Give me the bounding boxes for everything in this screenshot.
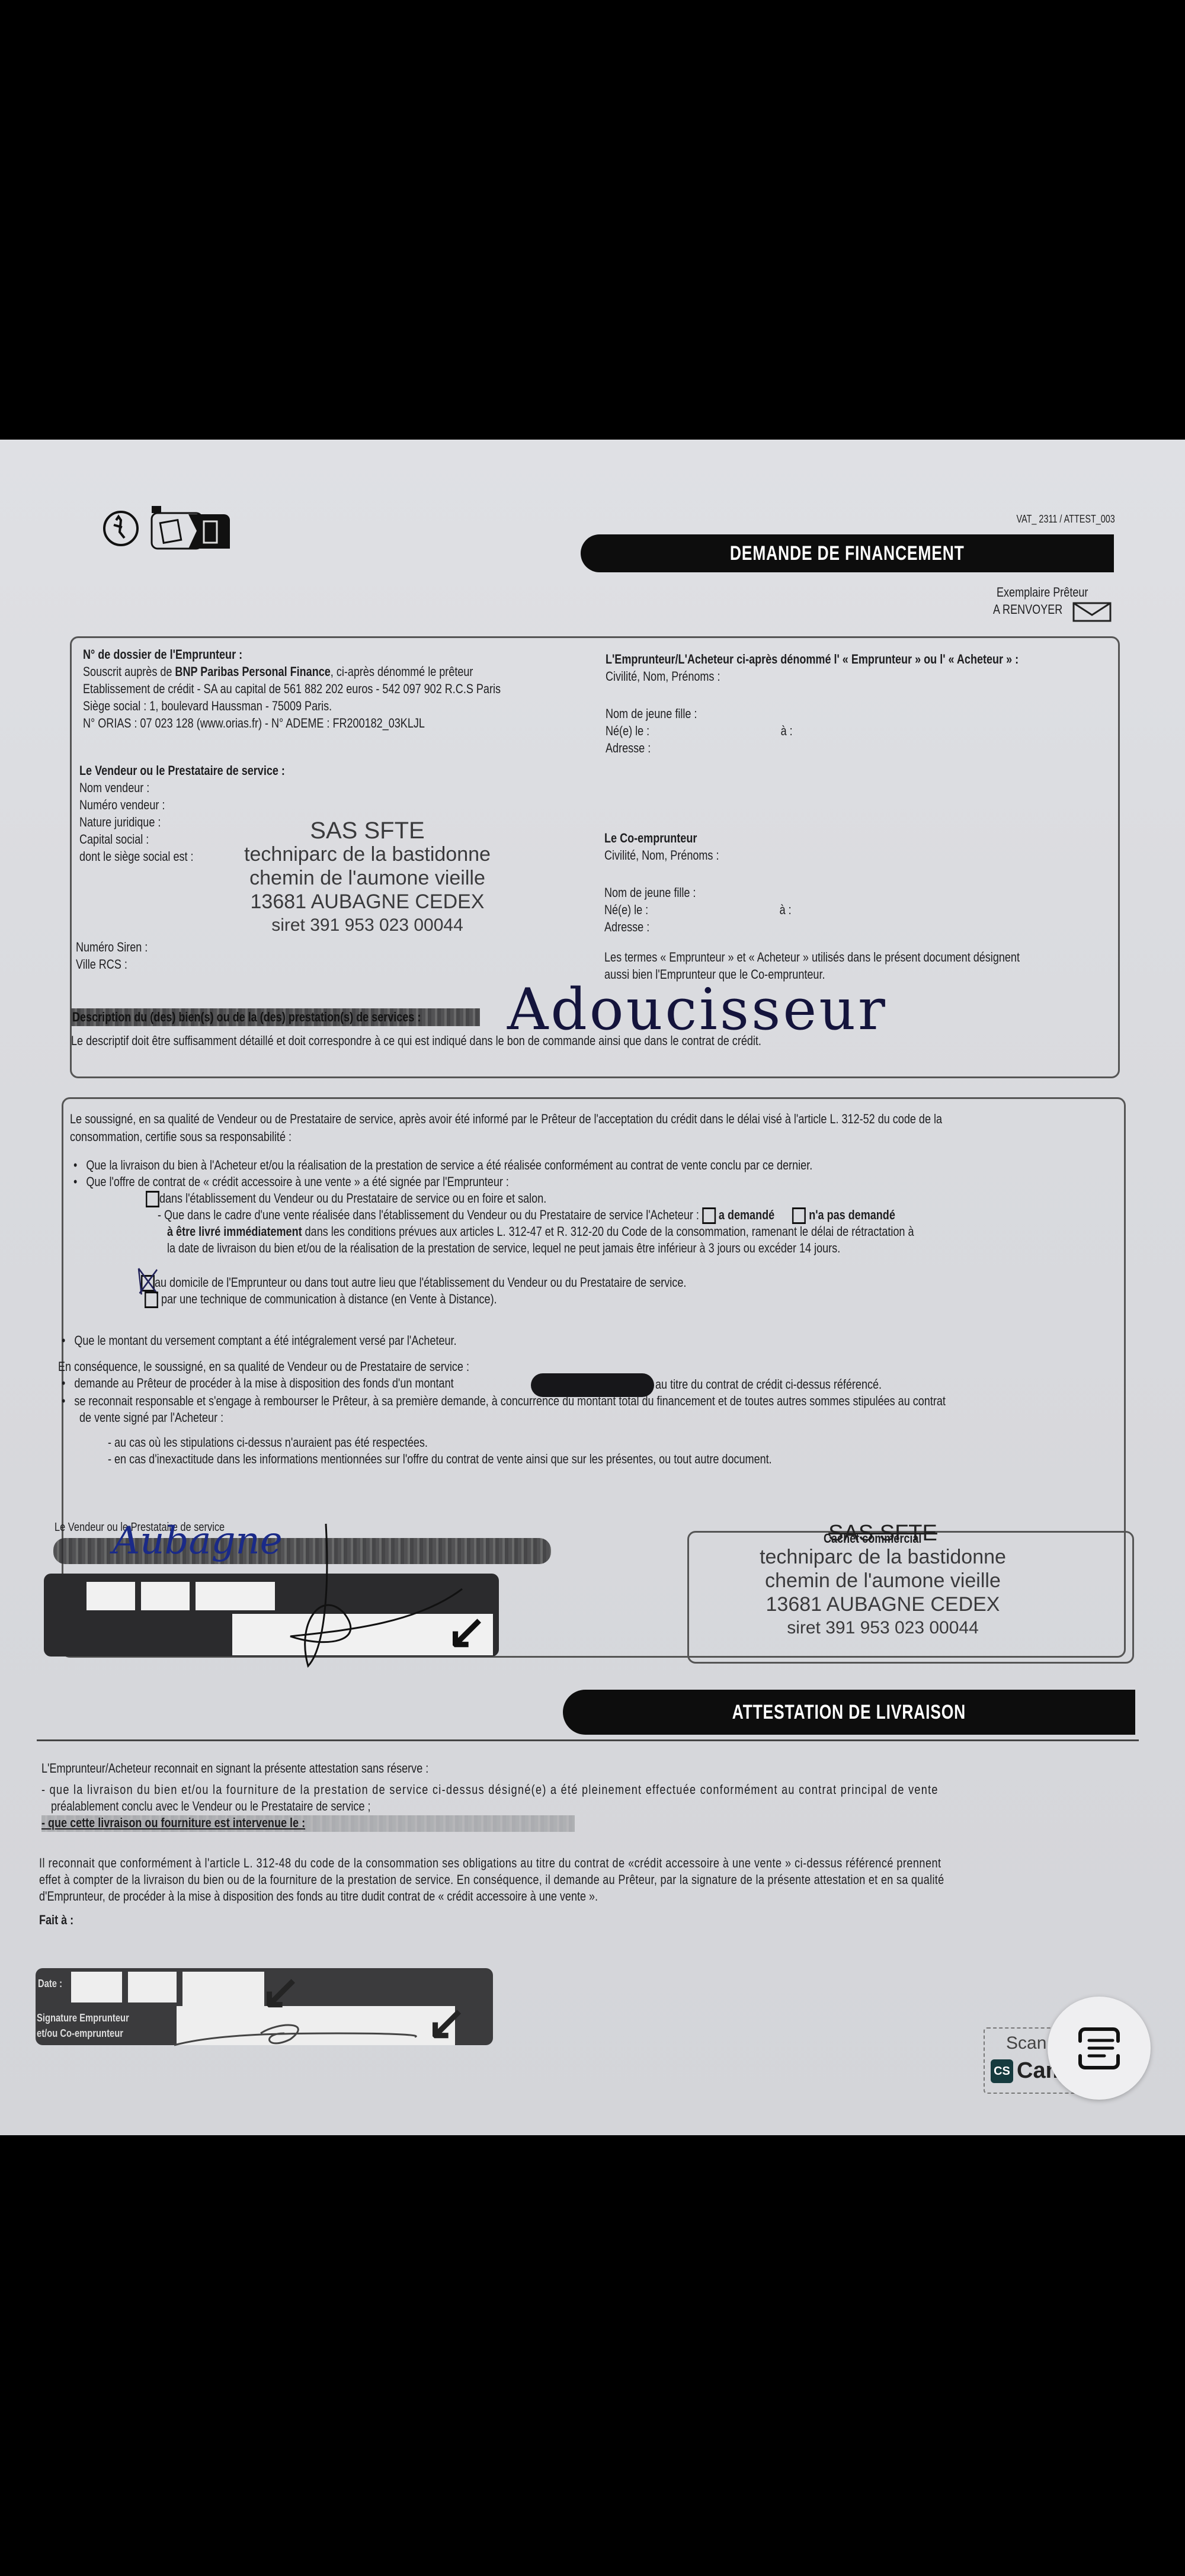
option-establishment-label: dans l'établissement du Vendeur ou du Pr… bbox=[159, 1191, 546, 1206]
vendor-field-siren: Numéro Siren : bbox=[76, 938, 148, 956]
sub-line-1-text: - Que dans le cadre d'une vente réalisée… bbox=[158, 1207, 699, 1222]
vendor-heading: Le Vendeur ou le Prestataire de service … bbox=[79, 762, 285, 779]
option-distance[interactable]: par une technique de communication à dis… bbox=[145, 1290, 497, 1308]
vendor-stamp: SAS SFTE techniparc de la bastidonne che… bbox=[237, 819, 498, 937]
coborrower-birth-label: Né(e) le : bbox=[604, 902, 648, 917]
lender-block: N° de dossier de l'Emprunteur : Souscrit… bbox=[83, 646, 592, 732]
vendor-block-bottom: Numéro Siren : Ville RCS : bbox=[76, 938, 164, 973]
vendor-field-number: Numéro vendeur : bbox=[79, 796, 285, 813]
checkbox-distance[interactable] bbox=[145, 1292, 158, 1308]
coborrower-heading: Le Co-emprunteur bbox=[604, 829, 1020, 847]
attestation-para-3: d'Emprunteur, de procéder à la mise à di… bbox=[39, 1888, 598, 1905]
commercial-stamp-line: 13681 AUBAGNE CEDEX bbox=[735, 1593, 1031, 1616]
coborrower-block: Le Co-emprunteur Civilité, Nom, Prénoms … bbox=[604, 829, 1111, 983]
borrower-signature-scribble bbox=[172, 2016, 421, 2057]
option-distance-label: par une technique de communication à dis… bbox=[161, 1292, 497, 1306]
sub-line-2-text: dans les conditions prévues aux articles… bbox=[302, 1224, 914, 1239]
date-label: Date : bbox=[38, 1975, 62, 1992]
option-home-label: au domicile de l'Emprunteur ou dans tout… bbox=[155, 1275, 686, 1290]
lender-line-1: Souscrit auprès de BNP Paribas Personal … bbox=[83, 663, 501, 680]
sub-line-2-bold: à être livré immédiatement bbox=[167, 1224, 302, 1239]
attestation-para-1: Il reconnait que conformément à l'articl… bbox=[39, 1854, 941, 1872]
bullet-request-prefix: demande au Prêteur de procéder à la mise… bbox=[74, 1376, 453, 1390]
option-establishment[interactable]: dans l'établissement du Vendeur ou du Pr… bbox=[146, 1190, 546, 1207]
date-year-box[interactable] bbox=[196, 1582, 275, 1610]
borrower-field-maiden: Nom de jeune fille : bbox=[606, 705, 1019, 722]
envelope-icon bbox=[1072, 601, 1114, 623]
sign-here-arrow-icon: ↙ bbox=[261, 1968, 300, 2016]
borrower-birthplace-label: à : bbox=[781, 723, 793, 738]
attestation-para-2: effet à compter de la livraison du bien … bbox=[39, 1871, 944, 1888]
bullet-request-suffix: au titre du contrat de crédit ci-dessus … bbox=[655, 1376, 882, 1393]
banner-demande-financement: DEMANDE DE FINANCEMENT bbox=[581, 534, 1114, 572]
vendor-stamp-line: techniparc de la bastidonne bbox=[237, 842, 498, 866]
bullet-delivery-text: Que la livraison du bien à l'Acheteur et… bbox=[86, 1158, 812, 1172]
coborrower-field-maiden: Nom de jeune fille : bbox=[604, 884, 1020, 901]
borrower-field-address: Adresse : bbox=[606, 739, 1019, 757]
lender-line-2: Etablissement de crédit - SA au capital … bbox=[83, 680, 501, 697]
triman-recycling-icon bbox=[100, 504, 260, 551]
bullet-request: • demande au Prêteur de procéder à la mi… bbox=[62, 1374, 454, 1392]
dossier-heading: N° de dossier de l'Emprunteur : bbox=[83, 646, 501, 663]
attestation-rule bbox=[37, 1739, 1139, 1741]
bullet-responsible: • se reconnait responsable et s'engage à… bbox=[62, 1392, 946, 1409]
bullet-responsible-2: de vente signé par l'Acheteur : bbox=[79, 1409, 223, 1426]
borrower-field-name: Civilité, Nom, Prénoms : bbox=[606, 668, 1019, 685]
lender-line-3: Siège social : 1, boulevard Haussman - 7… bbox=[83, 697, 501, 715]
recycling-logo-group bbox=[100, 504, 260, 551]
coborrower-field-name: Civilité, Nom, Prénoms : bbox=[604, 847, 1020, 864]
sign-here-arrow-icon: ↙ bbox=[427, 1999, 466, 2046]
form-reference: VAT_ 2311 / ATTEST_003 bbox=[1017, 513, 1115, 526]
consequence-line: En conséquence, le soussigné, en sa qual… bbox=[58, 1358, 469, 1375]
borrower-block: L'Emprunteur/L'Acheteur ci-après dénommé… bbox=[606, 651, 1109, 757]
checkbox-establishment[interactable] bbox=[146, 1191, 159, 1207]
commercial-stamp-caption: Cachet commercial bbox=[824, 1530, 921, 1547]
attestation-intro: L'Emprunteur/Acheteur reconnait en signa… bbox=[41, 1760, 428, 1777]
vendor-field-name: Nom vendeur : bbox=[79, 779, 285, 796]
camscanner-logo-icon: CS bbox=[991, 2059, 1013, 2083]
attestation-line-2: - que cette livraison ou fourniture est … bbox=[41, 1814, 305, 1831]
commercial-stamp: SAS SFTE Cachet commercial techniparc de… bbox=[735, 1521, 1031, 1640]
banner-attestation: ATTESTATION DE LIVRAISON bbox=[563, 1690, 1135, 1735]
bullet-delivery: • Que la livraison du bien à l'Acheteur … bbox=[73, 1156, 812, 1174]
sub-line-1: - Que dans le cadre d'une vente réalisée… bbox=[158, 1206, 895, 1224]
lender-line-1-suffix: , ci-après dénommé le prêteur bbox=[331, 664, 473, 679]
lender-line-1-prefix: Souscrit auprès de bbox=[83, 664, 175, 679]
cert-intro-1: Le soussigné, en sa qualité de Vendeur o… bbox=[70, 1110, 942, 1127]
attest-date-day-box[interactable] bbox=[71, 1972, 122, 2003]
lender-name: BNP Paribas Personal Finance bbox=[175, 664, 330, 679]
checkbox-home-checked[interactable] bbox=[141, 1275, 155, 1292]
borrower-field-birth: Né(e) le :à : bbox=[606, 722, 1019, 739]
borrower-heading: L'Emprunteur/L'Acheteur ci-après dénommé… bbox=[606, 651, 1019, 668]
handwritten-place: Aubagne bbox=[113, 1519, 283, 1563]
borrower-birth-label: Né(e) le : bbox=[606, 723, 649, 738]
not-requested-label: n'a pas demandé bbox=[809, 1207, 895, 1222]
sub-line-2: à être livré immédiatement dans les cond… bbox=[167, 1223, 914, 1240]
lender-line-4: N° ORIAS : 07 023 128 (www.orias.fr) - N… bbox=[83, 715, 501, 732]
vendor-stamp-line: 13681 AUBAGNE CEDEX bbox=[237, 890, 498, 914]
cert-intro-2: consommation, certifie sous sa responsab… bbox=[70, 1128, 292, 1145]
commercial-stamp-line: chemin de l'aumone vieille bbox=[735, 1569, 1031, 1593]
signature-label-1: Signature Emprunteur bbox=[37, 2010, 129, 2027]
bullet-offer: • Que l'offre de contrat de « crédit acc… bbox=[73, 1173, 509, 1190]
description-note: Le descriptif doit être suffisamment dét… bbox=[71, 1032, 761, 1049]
attestation-title: ATTESTATION DE LIVRAISON bbox=[732, 1701, 966, 1724]
requested-label: a demandé bbox=[719, 1207, 774, 1222]
coborrower-field-address: Adresse : bbox=[604, 918, 1020, 935]
done-at-label: Fait à : bbox=[39, 1911, 73, 1928]
bullet-payment-text: Que le montant du versement comptant a é… bbox=[74, 1333, 456, 1348]
checkbox-requested[interactable] bbox=[702, 1207, 716, 1224]
vendor-stamp-name: SAS SFTE bbox=[237, 819, 498, 842]
bullet-payment: • Que le montant du versement comptant a… bbox=[62, 1332, 457, 1349]
commercial-stamp-siret: siret 391 953 023 00044 bbox=[735, 1616, 1031, 1640]
banner-title: DEMANDE DE FINANCEMENT bbox=[730, 542, 965, 565]
watermark-text-1: Scan bbox=[1006, 2033, 1046, 2053]
commercial-stamp-line: techniparc de la bastidonne bbox=[735, 1545, 1031, 1569]
attestation-line-1b: préalablement conclu avec le Vendeur ou … bbox=[51, 1798, 371, 1815]
bullet-offer-text: Que l'offre de contrat de « crédit acces… bbox=[86, 1174, 509, 1189]
coborrower-field-birth: Né(e) le :à : bbox=[604, 901, 1020, 918]
vendor-field-rcs: Ville RCS : bbox=[76, 956, 148, 973]
vendor-signature-scribble bbox=[273, 1518, 468, 1672]
signature-label-2: et/ou Co-emprunteur bbox=[37, 2025, 123, 2042]
text-scan-icon bbox=[1048, 1997, 1151, 2100]
attestation-line-1: - que la livraison du bien et/ou la four… bbox=[41, 1781, 939, 1798]
vendor-stamp-line: chemin de l'aumone vieille bbox=[237, 866, 498, 890]
sub-line-3: la date de livraison du bien et/ou de la… bbox=[167, 1239, 840, 1257]
option-home[interactable]: au domicile de l'Emprunteur ou dans tout… bbox=[141, 1274, 686, 1292]
checkbox-not-requested[interactable] bbox=[792, 1207, 806, 1224]
vendor-stamp-siret: siret 391 953 023 00044 bbox=[237, 914, 498, 937]
bullet-responsible-text: se reconnait responsable et s'engage à r… bbox=[74, 1393, 946, 1408]
description-label: Description du (des) bien(s) ou de la (d… bbox=[72, 1008, 421, 1026]
text-scan-button[interactable] bbox=[1048, 1997, 1151, 2100]
terms-note-1: Les termes « Emprunteur » et « Acheteur … bbox=[604, 949, 1020, 966]
date-month-box[interactable] bbox=[141, 1582, 190, 1610]
case-2: - en cas d'inexactitude dans les informa… bbox=[108, 1450, 772, 1468]
date-day-box[interactable] bbox=[87, 1582, 135, 1610]
coborrower-birthplace-label: à : bbox=[780, 902, 792, 917]
attest-date-month-box[interactable] bbox=[128, 1972, 177, 2003]
return-label: A RENVOYER bbox=[993, 601, 1062, 618]
copy-label: Exemplaire Prêteur bbox=[997, 584, 1088, 601]
scanned-document: VAT_ 2311 / ATTEST_003 DEMANDE DE FINANC… bbox=[0, 440, 1185, 2135]
case-1: - au cas où les stipulations ci-dessus n… bbox=[108, 1434, 428, 1451]
